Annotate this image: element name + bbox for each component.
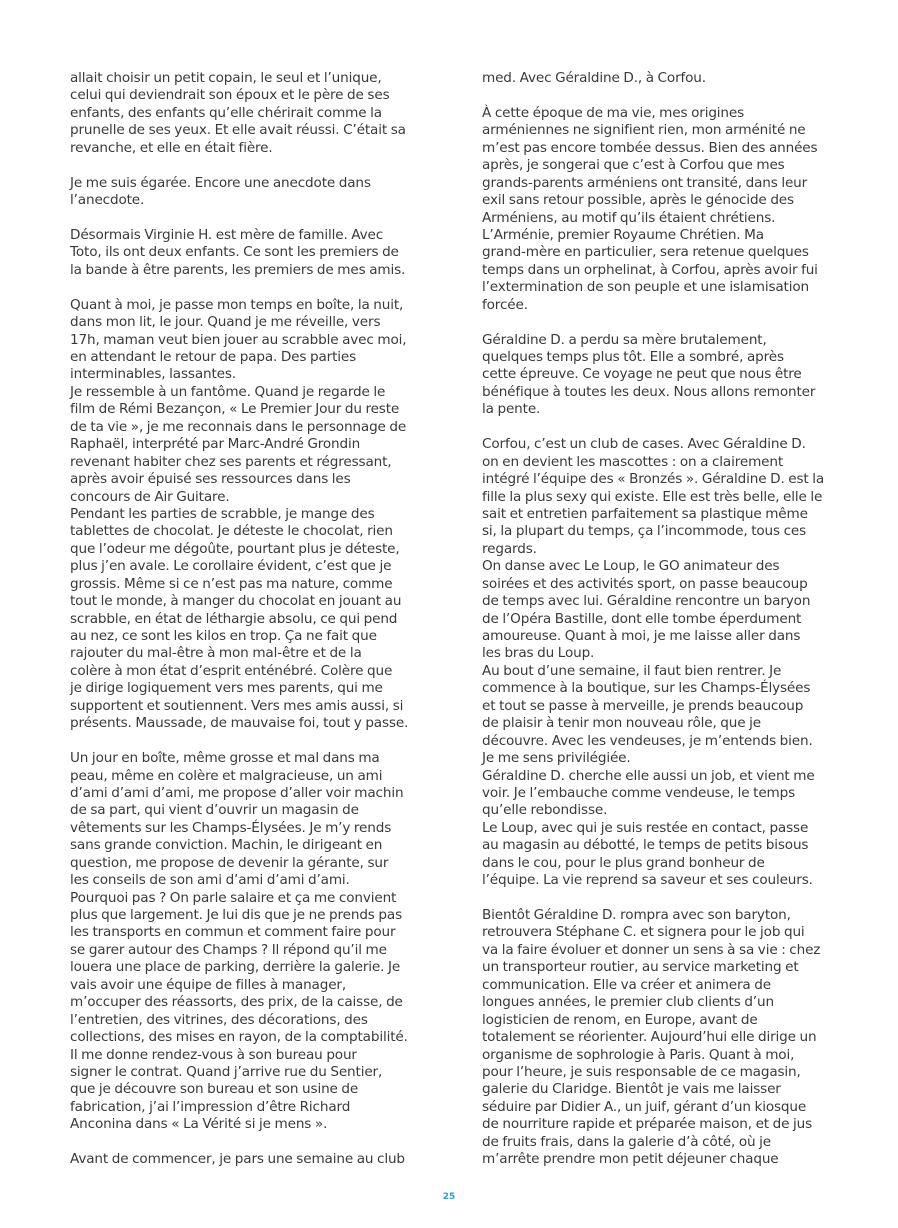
text-line: bénéfique à toutes les deux. Nous allons… xyxy=(482,384,844,401)
text-line: Avant de commencer, je pars une semaine … xyxy=(70,1151,418,1168)
text-line: au magasin au débotté, le temps de petit… xyxy=(482,837,844,854)
text-line: intégré l’équipe des « Bronzés ». Gérald… xyxy=(482,471,844,488)
text-line: film de Rémi Bezançon, « Le Premier Jour… xyxy=(70,401,418,418)
text-line: med. Avec Géraldine D., à Corfou. xyxy=(482,70,844,87)
text-line: Géraldine D. cherche elle aussi un job, … xyxy=(482,768,844,785)
text-line: grand-mère en particulier, sera retenue … xyxy=(482,244,844,261)
text-line: prunelle de ses yeux. Et elle avait réus… xyxy=(70,122,418,139)
text-line: les bras du Loup. xyxy=(482,645,844,662)
paragraph-spacer xyxy=(70,1134,418,1151)
text-line: Toto, ils ont deux enfants. Ce sont les … xyxy=(70,244,418,261)
text-line: collections, des mises en rayon, de la c… xyxy=(70,1029,418,1046)
text-line: Désormais Virginie H. est mère de famill… xyxy=(70,227,418,244)
text-line: soirées et des activités sport, on passe… xyxy=(482,576,844,593)
text-line: que je découvre son bureau et son usine … xyxy=(70,1081,418,1098)
text-line: que l’odeur me dégoûte, pourtant plus je… xyxy=(70,541,418,558)
text-line: je dirige logiquement vers mes parents, … xyxy=(70,680,418,697)
text-line: interminables, lassantes. xyxy=(70,366,418,383)
text-line: revenant habiter chez ses parents et rég… xyxy=(70,454,418,471)
text-line: temps dans un orphelinat, à Corfou, aprè… xyxy=(482,262,844,279)
text-line: grands-parents arméniens ont transité, d… xyxy=(482,175,844,192)
text-line: 17h, maman veut bien jouer au scrabble a… xyxy=(70,332,418,349)
text-line: commence à la boutique, sur les Champs-É… xyxy=(482,680,844,697)
paragraph: Bientôt Géraldine D. rompra avec son bar… xyxy=(482,907,844,1169)
text-line: dans le cou, pour le plus grand bonheur … xyxy=(482,855,844,872)
text-line: les transports en commun et comment fair… xyxy=(70,924,418,941)
text-line: séduire par Didier A., un juif, gérant d… xyxy=(482,1099,844,1116)
text-line: À cette époque de ma vie, mes origines xyxy=(482,105,844,122)
text-line: quelques temps plus tôt. Elle a sombré, … xyxy=(482,349,844,366)
text-line: la pente. xyxy=(482,401,844,418)
text-line: va la faire évoluer et donner un sens à … xyxy=(482,942,844,959)
text-line: celui qui deviendrait son époux et le pè… xyxy=(70,87,418,104)
text-line: peau, même en colère et malgracieuse, un… xyxy=(70,768,418,785)
text-line: vêtements sur les Champs-Élysées. Je m’y… xyxy=(70,820,418,837)
text-line: les conseils de son ami d’ami d’ami d’am… xyxy=(70,872,418,889)
text-line: concours de Air Guitare. xyxy=(70,489,418,506)
paragraph-spacer xyxy=(70,279,418,296)
paragraph: Avant de commencer, je pars une semaine … xyxy=(70,1151,418,1168)
text-line: signer le contrat. Quand j’arrive rue du… xyxy=(70,1064,418,1081)
text-line: totalement se réorienter. Aujourd’hui el… xyxy=(482,1029,844,1046)
paragraph-spacer xyxy=(70,210,418,227)
text-line: tout le monde, à manger du chocolat en j… xyxy=(70,593,418,610)
text-line: exil sans retour possible, après le géno… xyxy=(482,192,844,209)
text-line: revanche, et elle en était fière. xyxy=(70,140,418,157)
text-line: Bientôt Géraldine D. rompra avec son bar… xyxy=(482,907,844,924)
text-line: On danse avec Le Loup, le GO animateur d… xyxy=(482,558,844,575)
text-line: Il me donne rendez-vous à son bureau pou… xyxy=(70,1047,418,1064)
text-line: supportent et soutiennent. Vers mes amis… xyxy=(70,698,418,715)
text-line: retrouvera Stéphane C. et signera pour l… xyxy=(482,924,844,941)
text-line: qu’elle rebondisse. xyxy=(482,802,844,819)
text-line: forcée. xyxy=(482,297,844,314)
text-line: Quant à moi, je passe mon temps en boîte… xyxy=(70,297,418,314)
text-line: présents. Maussade, de mauvaise foi, tou… xyxy=(70,715,418,732)
paragraph-spacer xyxy=(482,314,844,331)
text-line: si, la plupart du temps, ça l’incommode,… xyxy=(482,523,844,540)
text-line: au nez, ce sont les kilos en trop. Ça ne… xyxy=(70,628,418,645)
text-line: arméniennes ne signifient rien, mon armé… xyxy=(482,122,844,139)
text-line: plus que largement. Je lui dis que je ne… xyxy=(70,907,418,924)
paragraph-spacer xyxy=(482,419,844,436)
text-line: amoureuse. Quant à moi, je me laisse all… xyxy=(482,628,844,645)
text-line: après, je songerai que c’est à Corfou qu… xyxy=(482,157,844,174)
text-line: découvre. Avec les vendeuses, je m’enten… xyxy=(482,733,844,750)
text-line: l’équipe. La vie reprend sa saveur et se… xyxy=(482,872,844,889)
text-line: plus j’en avale. Le corollaire évident, … xyxy=(70,558,418,575)
text-line: de ta vie », je me reconnais dans le per… xyxy=(70,419,418,436)
paragraph: allait choisir un petit copain, le seul … xyxy=(70,70,418,157)
text-line: m’occuper des réassorts, des prix, de la… xyxy=(70,994,418,1011)
left-text-column: allait choisir un petit copain, le seul … xyxy=(70,70,418,1169)
text-line: colère à mon état d’esprit enténébré. Co… xyxy=(70,663,418,680)
text-line: un transporteur routier, au service mark… xyxy=(482,959,844,976)
text-line: logisticien de renom, en Europe, avant d… xyxy=(482,1012,844,1029)
paragraph: Géraldine D. a perdu sa mère brutalement… xyxy=(482,332,844,419)
text-line: Le Loup, avec qui je suis restée en cont… xyxy=(482,820,844,837)
paragraph: Désormais Virginie H. est mère de famill… xyxy=(70,227,418,279)
text-line: vais avoir une équipe de filles à manage… xyxy=(70,977,418,994)
text-line: d’ami d’ami d’ami, me propose d’aller vo… xyxy=(70,785,418,802)
text-line: Pourquoi pas ? On parle salaire et ça me… xyxy=(70,890,418,907)
text-line: l’entretien, des vitrines, des décoratio… xyxy=(70,1012,418,1029)
text-line: Un jour en boîte, même grosse et mal dan… xyxy=(70,750,418,767)
text-line: louera une place de parking, derrière la… xyxy=(70,959,418,976)
text-line: de temps avec lui. Géraldine rencontre u… xyxy=(482,593,844,610)
text-line: la bande à être parents, les premiers de… xyxy=(70,262,418,279)
text-line: et tout se passe à merveille, je prends … xyxy=(482,698,844,715)
text-line: pour l’heure, je suis responsable de ce … xyxy=(482,1064,844,1081)
text-line: de nourriture rapide et préparée maison,… xyxy=(482,1116,844,1133)
text-line: enfants, des enfants qu’elle chérirait c… xyxy=(70,105,418,122)
text-line: Corfou, c’est un club de cases. Avec Gér… xyxy=(482,436,844,453)
page-number: 25 xyxy=(0,1192,898,1202)
text-line: longues années, le premier club clients … xyxy=(482,994,844,1011)
text-line: on en devient les mascottes : on a clair… xyxy=(482,454,844,471)
paragraph: Corfou, c’est un club de cases. Avec Gér… xyxy=(482,436,844,889)
text-line: l’anecdote. xyxy=(70,192,418,209)
text-line: Géraldine D. a perdu sa mère brutalement… xyxy=(482,332,844,349)
text-line: Je me sens privilégiée. xyxy=(482,750,844,767)
text-line: de fruits frais, dans la galerie d’à côt… xyxy=(482,1134,844,1151)
text-line: de l’Opéra Bastille, dont elle tombe épe… xyxy=(482,611,844,628)
text-line: allait choisir un petit copain, le seul … xyxy=(70,70,418,87)
text-line: fille la plus sexy qui existe. Elle est … xyxy=(482,489,844,506)
paragraph: Un jour en boîte, même grosse et mal dan… xyxy=(70,750,418,1134)
text-line: L’Arménie, premier Royaume Chrétien. Ma xyxy=(482,227,844,244)
text-line: question, me propose de devenir la géran… xyxy=(70,855,418,872)
text-line: galerie du Claridge. Bientôt je vais me … xyxy=(482,1081,844,1098)
text-line: grossis. Même si ce n’est pas ma nature,… xyxy=(70,576,418,593)
text-line: de plaisir à tenir mon nouveau rôle, que… xyxy=(482,715,844,732)
text-line: de sa part, qui vient d’ouvrir un magasi… xyxy=(70,802,418,819)
text-line: en attendant le retour de papa. Des part… xyxy=(70,349,418,366)
text-line: Arméniens, au motif qu’ils étaient chrét… xyxy=(482,210,844,227)
text-line: Au bout d’une semaine, il faut bien rent… xyxy=(482,663,844,680)
text-line: Pendant les parties de scrabble, je mang… xyxy=(70,506,418,523)
text-line: rajouter du mal-être à mon mal-être et d… xyxy=(70,645,418,662)
paragraph-spacer xyxy=(70,157,418,174)
text-line: scrabble, en état de léthargie absolu, c… xyxy=(70,611,418,628)
text-line: se garer autour des Champs ? Il répond q… xyxy=(70,942,418,959)
text-line: voir. Je l’embauche comme vendeuse, le t… xyxy=(482,785,844,802)
paragraph: med. Avec Géraldine D., à Corfou. xyxy=(482,70,844,87)
text-line: Je me suis égarée. Encore une anecdote d… xyxy=(70,175,418,192)
text-line: m’est pas encore tombée dessus. Bien des… xyxy=(482,140,844,157)
text-line: communication. Elle va créer et animera … xyxy=(482,977,844,994)
text-line: après avoir épuisé ses ressources dans l… xyxy=(70,471,418,488)
text-line: m’arrête prendre mon petit déjeuner chaq… xyxy=(482,1151,844,1168)
text-line: cette épreuve. Ce voyage ne peut que nou… xyxy=(482,366,844,383)
text-line: organisme de sophrologie à Paris. Quant … xyxy=(482,1047,844,1064)
paragraph-spacer xyxy=(482,87,844,104)
paragraph: À cette époque de ma vie, mes originesar… xyxy=(482,105,844,314)
text-line: Je ressemble à un fantôme. Quand je rega… xyxy=(70,384,418,401)
text-line: sait et entretien parfaitement sa plasti… xyxy=(482,506,844,523)
text-line: sans grande conviction. Machin, le dirig… xyxy=(70,837,418,854)
paragraph-spacer xyxy=(482,890,844,907)
paragraph-spacer xyxy=(70,733,418,750)
text-line: tablettes de chocolat. Je déteste le cho… xyxy=(70,523,418,540)
text-line: fabrication, j’ai l’impression d’être Ri… xyxy=(70,1099,418,1116)
document-page: allait choisir un petit copain, le seul … xyxy=(0,0,898,1228)
text-line: Anconina dans « La Vérité si je mens ». xyxy=(70,1116,418,1133)
text-line: regards. xyxy=(482,541,844,558)
paragraph: Quant à moi, je passe mon temps en boîte… xyxy=(70,297,418,733)
paragraph: Je me suis égarée. Encore une anecdote d… xyxy=(70,175,418,210)
text-line: dans mon lit, le jour. Quand je me révei… xyxy=(70,314,418,331)
text-line: l’extermination de son peuple et une isl… xyxy=(482,279,844,296)
text-line: Raphaël, interprété par Marc-André Grond… xyxy=(70,436,418,453)
right-text-column: med. Avec Géraldine D., à Corfou.À cette… xyxy=(482,70,844,1169)
